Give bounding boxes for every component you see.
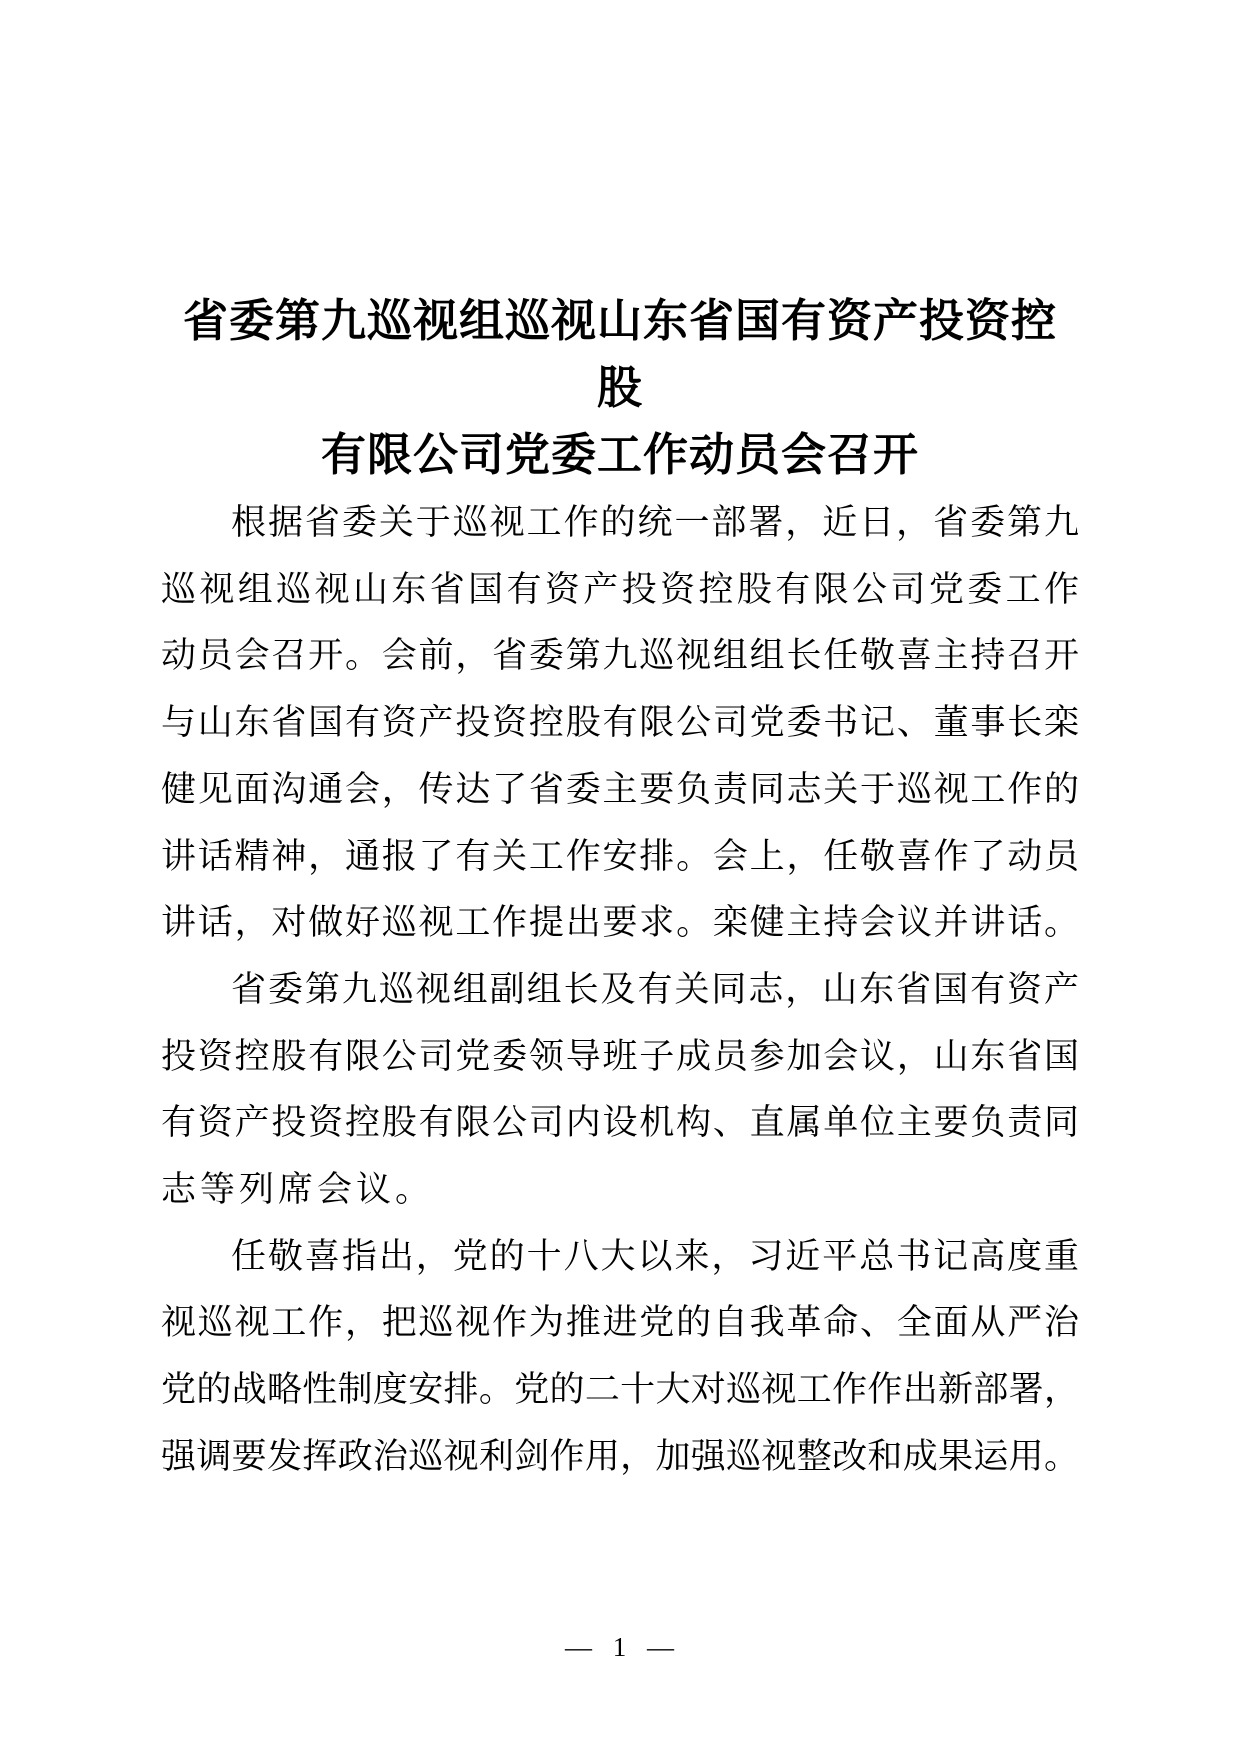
paragraph-2: 省委第九巡视组副组长及有关同志，山东省国有资产 投资控股有限公司党委领导班子成员… bbox=[161, 957, 1079, 1224]
document-body: 根据省委关于巡视工作的统一部署，近日，省委第九 巡视组巡视山东省国有资产投资控股… bbox=[161, 490, 1079, 1491]
document-title: 省委第九巡视组巡视山东省国有资产投资控股 有限公司党委工作动员会召开 bbox=[161, 288, 1079, 489]
text-line: 任敬喜指出，党的十八大以来，习近平总书记高度重 bbox=[161, 1224, 1079, 1291]
text-line: 讲话精神，通报了有关工作安排。会上，任敬喜作了动员 bbox=[161, 824, 1079, 891]
text-line: 根据省委关于巡视工作的统一部署，近日，省委第九 bbox=[161, 490, 1079, 557]
text-line: 有资产投资控股有限公司内设机构、直属单位主要负责同 bbox=[161, 1090, 1079, 1157]
document-page: 省委第九巡视组巡视山东省国有资产投资控股 有限公司党委工作动员会召开 根据省委关… bbox=[0, 0, 1240, 1754]
text-line: 志等列席会议。 bbox=[161, 1157, 1079, 1224]
text-line: 健见面沟通会，传达了省委主要负责同志关于巡视工作的 bbox=[161, 757, 1079, 824]
text-line: 视巡视工作，把巡视作为推进党的自我革命、全面从严治 bbox=[161, 1290, 1079, 1357]
text-line: 巡视组巡视山东省国有资产投资控股有限公司党委工作 bbox=[161, 557, 1079, 624]
text-line: 讲话，对做好巡视工作提出要求。栾健主持会议并讲话。 bbox=[161, 890, 1079, 957]
text-line: 与山东省国有资产投资控股有限公司党委书记、董事长栾 bbox=[161, 690, 1079, 757]
text-line: 省委第九巡视组副组长及有关同志，山东省国有资产 bbox=[161, 957, 1079, 1024]
text-line: 党的战略性制度安排。党的二十大对巡视工作作出新部署， bbox=[161, 1357, 1079, 1424]
text-line: 投资控股有限公司党委领导班子成员参加会议，山东省国 bbox=[161, 1024, 1079, 1091]
paragraph-3: 任敬喜指出，党的十八大以来，习近平总书记高度重 视巡视工作，把巡视作为推进党的自… bbox=[161, 1224, 1079, 1491]
document-title-line-1: 省委第九巡视组巡视山东省国有资产投资控股 bbox=[161, 288, 1079, 422]
document-title-line-2: 有限公司党委工作动员会召开 bbox=[161, 422, 1079, 489]
paragraph-1: 根据省委关于巡视工作的统一部署，近日，省委第九 巡视组巡视山东省国有资产投资控股… bbox=[161, 490, 1079, 957]
text-line: 强调要发挥政治巡视利剑作用，加强巡视整改和成果运用。 bbox=[161, 1424, 1079, 1491]
page-number: — 1 — bbox=[0, 1632, 1240, 1663]
text-line: 动员会召开。会前，省委第九巡视组组长任敬喜主持召开 bbox=[161, 623, 1079, 690]
